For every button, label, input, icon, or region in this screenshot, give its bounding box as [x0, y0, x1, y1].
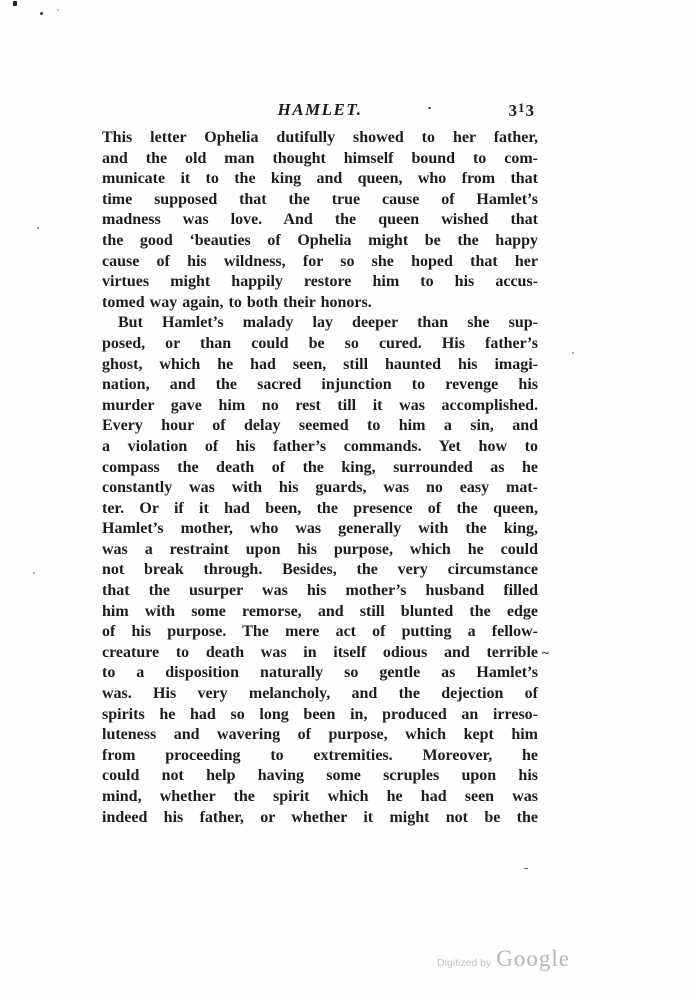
page-number-digit: 3: [509, 101, 519, 120]
text-line: nation, and the sacred injunction to rev…: [102, 375, 538, 396]
text-line: constantly was with his guards, was no e…: [102, 478, 538, 499]
page-number-digit: 3: [526, 101, 536, 120]
scan-speck: [428, 107, 431, 109]
text-line: spirits he had so long been in, produced…: [102, 705, 538, 726]
text-line: This letter Ophelia dutifully showed to …: [102, 128, 538, 149]
text-line: was a restraint upon his purpose, which …: [102, 540, 538, 561]
text-line: tomed way again, to both their honors.: [102, 293, 538, 314]
watermark-prefix: Digitized by: [437, 957, 491, 969]
scan-speck: [524, 868, 528, 869]
text-line: virtues might happily restore him to his…: [102, 272, 538, 293]
text-line: not break through. Besides, the very cir…: [102, 560, 538, 581]
text-line: luteness and wavering of purpose, which …: [102, 725, 538, 746]
scan-speck: [572, 352, 574, 354]
text-line: of his purpose. The mere act of putting …: [102, 622, 538, 643]
scan-speck: [33, 572, 35, 574]
text-line: him with some remorse, and still blunted…: [102, 602, 538, 623]
text-line: compass the death of the king, surrounde…: [102, 458, 538, 479]
text-line: madness was love. And the queen wished t…: [102, 210, 538, 231]
scan-speck: [13, 1, 17, 6]
google-logo-text: Google: [496, 946, 570, 972]
text-line: creature to death was in itself odious a…: [102, 643, 538, 664]
text-line: indeed his father, or whether it might n…: [102, 808, 538, 829]
text-line: cause of his wildness, for so she hoped …: [102, 252, 538, 273]
text-line: could not help having some scruples upon…: [102, 766, 538, 787]
text-line: time supposed that the true cause of Ham…: [102, 190, 538, 211]
text-line: ghost, which he had seen, still haunted …: [102, 355, 538, 376]
running-title: HAMLET.: [278, 100, 363, 119]
text-line: was. His very melancholy, and the deject…: [102, 684, 538, 705]
text-line: municate it to the king and queen, who f…: [102, 169, 538, 190]
text-line: mind, whether the spirit which he had se…: [102, 787, 538, 808]
text-line: posed, or than could be so cured. His fa…: [102, 334, 538, 355]
text-line: that the usurper was his mother’s husban…: [102, 581, 538, 602]
text-line: to a disposition naturally so gentle as …: [102, 663, 538, 684]
scan-speck: [40, 12, 43, 15]
paragraph: But Hamlet’s malady lay deeper than she …: [102, 313, 538, 828]
scan-speck: [57, 9, 59, 11]
scanned-book-page: { "page": { "header": { "title": "HAMLET…: [0, 0, 699, 1000]
text-line: a violation of his father’s commands. Ye…: [102, 437, 538, 458]
scan-artifact-tilde: ~: [542, 645, 549, 661]
page-number-digit-raised: 1: [518, 100, 526, 115]
text-line: the good ‘beauties of Ophelia might be t…: [102, 231, 538, 252]
body-text: This letter Ophelia dutifully showed to …: [102, 128, 538, 828]
paragraph: This letter Ophelia dutifully showed to …: [102, 128, 538, 313]
scan-speck: [37, 227, 39, 229]
text-line: Hamlet’s mother, who was generally with …: [102, 519, 538, 540]
text-line: from proceeding to extremities. Moreover…: [102, 746, 538, 767]
text-line: But Hamlet’s malady lay deeper than she …: [102, 313, 538, 334]
digitization-watermark: Digitized by Google: [437, 946, 570, 972]
text-line: Every hour of delay seemed to him a sin,…: [102, 416, 538, 437]
text-line: ter. Or if it had been, the presence of …: [102, 499, 538, 520]
text-line: and the old man thought himself bound to…: [102, 149, 538, 170]
text-line: murder gave him no rest till it was acco…: [102, 396, 538, 417]
page-number: 313: [440, 101, 535, 121]
